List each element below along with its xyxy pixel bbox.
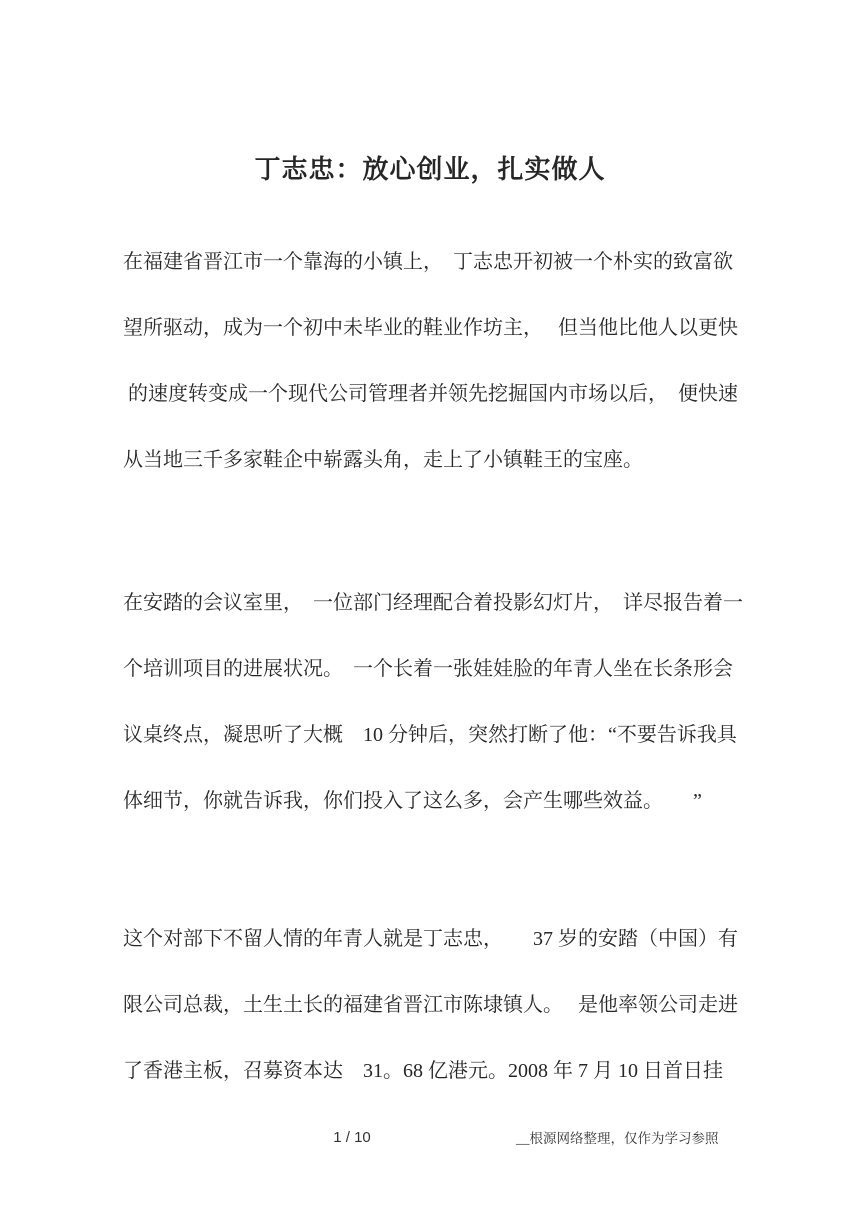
page-title: 丁志忠：放心创业，扎实做人: [123, 150, 737, 190]
paragraph-line: 限公司总裁，土生土长的福建省晋江市陈埭镇人。 是他率领公司走进: [123, 972, 763, 1038]
paragraph-1: 在福建省晋江市一个靠海的小镇上， 丁志忠开初被一个朴实的致富欲 望所驱动，成为一…: [123, 229, 763, 493]
paragraph-line: 的速度转变成一个现代公司管理者并领先挖掘国内市场以后， 便快速: [123, 361, 763, 427]
paragraph-line: 从当地三千多家鞋企中崭露头角，走上了小镇鞋王的宝座。: [123, 427, 763, 493]
paragraph-line: 望所驱动，成为一个初中未毕业的鞋业作坊主， 但当他比他人以更快: [123, 295, 763, 361]
paragraph-2: 在安踏的会议室里， 一位部门经理配合着投影幻灯片， 详尽报告着一 个培训项目的进…: [123, 570, 763, 834]
footer-attribution: __根源网络整理，仅作为学习参照: [516, 1129, 719, 1149]
paragraph-line: 在福建省晋江市一个靠海的小镇上， 丁志忠开初被一个朴实的致富欲: [123, 229, 763, 295]
paragraph-line: 个培训项目的进展状况。 一个长着一张娃娃脸的年青人坐在长条形会: [123, 636, 763, 702]
paragraph-line: 了香港主板，召募资本达 31。68 亿港元。2008 年 7 月 10 日首日挂: [123, 1038, 763, 1104]
paragraph-line: 在安踏的会议室里， 一位部门经理配合着投影幻灯片， 详尽报告着一: [123, 570, 763, 636]
paragraph-line: 议桌终点，凝思听了大概 10 分钟后，突然打断了他：“不要告诉我具: [123, 702, 763, 768]
paragraph-line: 体细节，你就告诉我，你们投入了这么多，会产生哪些效益。 ”: [123, 768, 763, 834]
paragraph-3: 这个对部下不留人情的年青人就是丁志忠， 37 岁的安踏（中国）有 限公司总裁，土…: [123, 906, 763, 1104]
page-number: 1 / 10: [300, 1127, 404, 1149]
paragraph-line: 这个对部下不留人情的年青人就是丁志忠， 37 岁的安踏（中国）有: [123, 906, 763, 972]
document-page: 丁志忠：放心创业，扎实做人 在福建省晋江市一个靠海的小镇上， 丁志忠开初被一个朴…: [0, 0, 860, 1218]
